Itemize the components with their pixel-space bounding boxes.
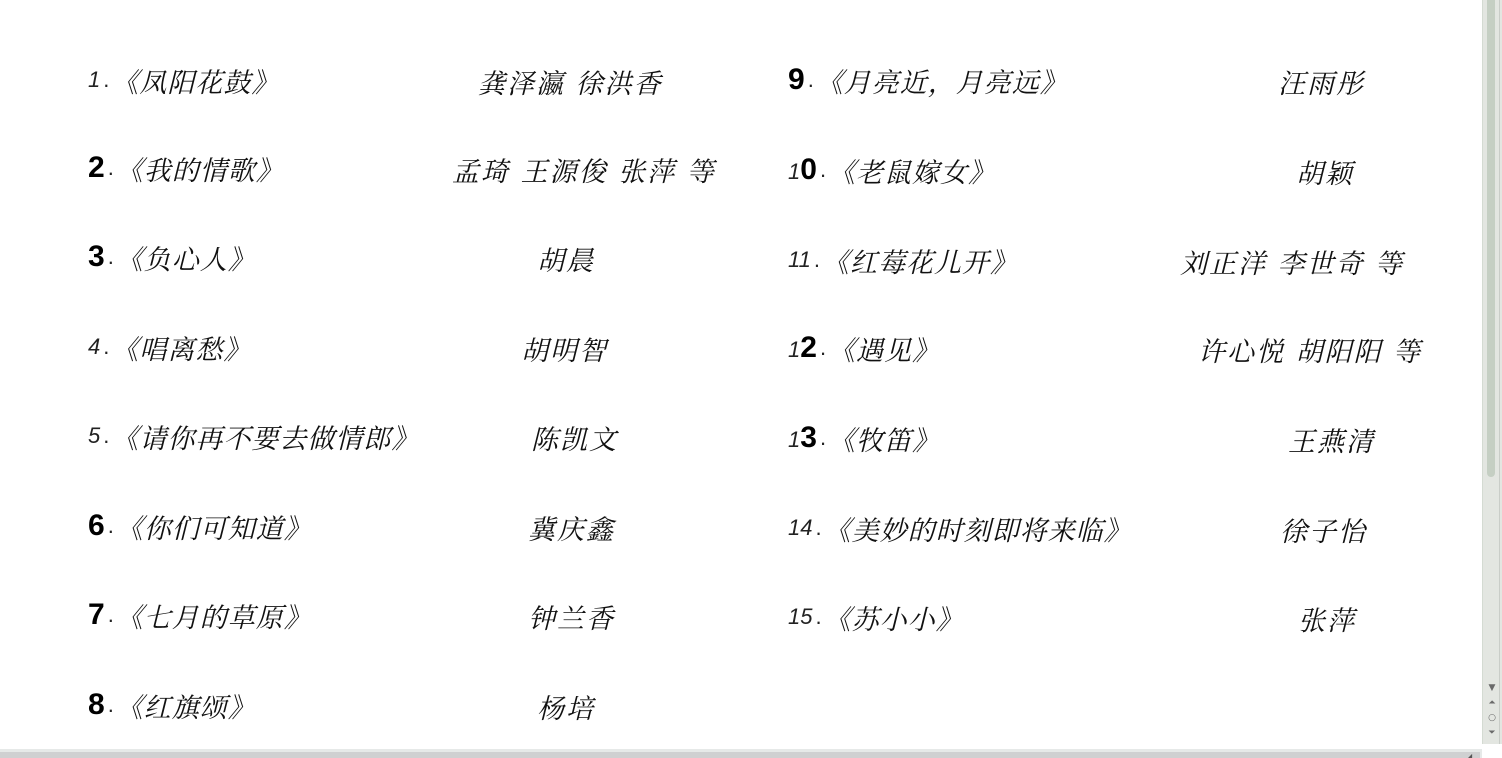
program-item: 11.《红莓花儿开》 (788, 240, 1018, 280)
performer-names: 胡颖 (1296, 152, 1354, 191)
performer-names: 钟兰香 (528, 597, 615, 636)
item-number-digit: 1 (88, 67, 100, 93)
song-title: 《苏小小》 (824, 598, 964, 637)
item-number-digit: 5 (88, 423, 100, 449)
item-number: 5 (88, 423, 100, 449)
previous-page-icon[interactable]: ⏶ (1486, 697, 1498, 709)
program-item: 9.《月亮近，月亮远》 (788, 60, 1068, 100)
number-separator: . (808, 67, 814, 93)
item-number-digit: 9 (788, 63, 805, 97)
item-number-digit: 11 (788, 247, 811, 273)
song-title: 《我的情歌》 (116, 149, 284, 188)
number-separator: . (108, 244, 114, 270)
item-number: 4 (88, 334, 100, 360)
scroll-down-arrow-icon[interactable]: ▼ (1486, 682, 1498, 694)
song-title: 《老鼠嫁女》 (828, 151, 996, 190)
song-title: 《负心人》 (116, 238, 256, 277)
song-title: 《美妙的时刻即将来临》 (824, 509, 1132, 548)
item-number: 11 (788, 247, 811, 273)
item-number: 3 (88, 240, 105, 274)
performer-names: 龚泽瀛 徐洪香 (478, 62, 663, 101)
item-number: 7 (88, 598, 105, 632)
number-separator: . (103, 67, 109, 93)
number-separator: . (108, 155, 114, 181)
number-separator: . (820, 425, 826, 451)
song-title: 《七月的草原》 (116, 596, 312, 635)
program-item: 15.《苏小小》 (788, 597, 964, 637)
performer-names: 胡晨 (537, 239, 595, 278)
performer-names: 刘正洋 李世奇 等 (1180, 242, 1404, 281)
song-title: 《唱离愁》 (111, 328, 251, 367)
song-title: 《红旗颂》 (116, 686, 256, 725)
scrollbar-rail (1499, 0, 1500, 744)
item-number: 2 (88, 151, 105, 185)
program-item: 2.《我的情歌》 (88, 148, 284, 188)
performer-names: 冀庆鑫 (528, 508, 615, 547)
item-number-digit: 15 (788, 604, 812, 630)
song-title: 《牧笛》 (828, 419, 940, 458)
horizontal-scrollbar-thumb[interactable] (0, 752, 1480, 758)
item-number-digit: 3 (88, 240, 105, 274)
number-separator: . (820, 335, 826, 361)
song-title: 《月亮近，月亮远》 (816, 61, 1068, 100)
item-number: 9 (788, 63, 805, 97)
item-number: 8 (88, 688, 105, 722)
item-number-digit: 2 (800, 331, 817, 365)
number-separator: . (815, 604, 821, 630)
program-item: 8.《红旗颂》 (88, 685, 256, 725)
song-title: 《你们可知道》 (116, 507, 312, 546)
vertical-scrollbar-thumb[interactable] (1487, 0, 1495, 477)
performer-names: 胡明智 (521, 329, 608, 368)
item-number-digit: 8 (88, 688, 105, 722)
number-separator: . (820, 157, 826, 183)
program-item: 4.《唱离愁》 (88, 327, 251, 367)
item-number-digit: 1 (788, 159, 800, 185)
program-item: 7.《七月的草原》 (88, 595, 312, 635)
performer-names: 徐子怡 (1280, 510, 1367, 549)
program-item: 14.《美妙的时刻即将来临》 (788, 508, 1132, 548)
item-number: 13 (788, 421, 817, 455)
select-browse-object-icon[interactable]: ○ (1486, 712, 1498, 724)
number-separator: . (815, 515, 821, 541)
number-separator: . (814, 247, 820, 273)
performer-names: 孟琦 王源俊 张萍 等 (452, 150, 716, 189)
performer-names: 许心悦 胡阳阳 等 (1198, 330, 1422, 369)
document-page: 1.《凤阳花鼓》龚泽瀛 徐洪香2.《我的情歌》孟琦 王源俊 张萍 等3.《负心人… (0, 0, 1482, 744)
item-number: 15 (788, 604, 812, 630)
performer-names: 张萍 (1298, 599, 1356, 638)
item-number: 10 (788, 153, 817, 187)
resize-corner-icon: ◢ (1466, 752, 1472, 758)
horizontal-scrollbar[interactable] (0, 749, 1482, 758)
performer-names: 汪雨彤 (1278, 62, 1365, 101)
item-number: 14 (788, 515, 812, 541)
item-number-digit: 3 (800, 421, 817, 455)
number-separator: . (103, 334, 109, 360)
number-separator: . (108, 602, 114, 628)
item-number-digit: 14 (788, 515, 812, 541)
item-number-digit: 4 (88, 334, 100, 360)
program-item: 1.《凤阳花鼓》 (88, 60, 279, 100)
number-separator: . (103, 423, 109, 449)
performer-names: 杨培 (537, 687, 595, 726)
item-number: 12 (788, 331, 817, 365)
program-item: 3.《负心人》 (88, 237, 256, 277)
program-item: 10.《老鼠嫁女》 (788, 150, 996, 190)
item-number-digit: 0 (800, 153, 817, 187)
item-number-digit: 1 (788, 337, 800, 363)
item-number-digit: 7 (88, 598, 105, 632)
number-separator: . (108, 692, 114, 718)
item-number-digit: 1 (788, 427, 800, 453)
program-item: 12.《遇见》 (788, 328, 940, 368)
program-item: 5.《请你再不要去做情郎》 (88, 416, 419, 456)
item-number: 1 (88, 67, 100, 93)
vertical-scrollbar[interactable]: ▼ ⏶ ○ ⏷ (1482, 0, 1502, 744)
performer-names: 王燕清 (1288, 420, 1375, 459)
next-page-icon[interactable]: ⏷ (1486, 727, 1498, 739)
song-title: 《请你再不要去做情郎》 (111, 417, 419, 456)
item-number: 6 (88, 509, 105, 543)
performer-names: 陈凯文 (531, 418, 618, 457)
item-number-digit: 6 (88, 509, 105, 543)
number-separator: . (108, 513, 114, 539)
song-title: 《红莓花儿开》 (822, 241, 1018, 280)
song-title: 《遇见》 (828, 329, 940, 368)
program-item: 13.《牧笛》 (788, 418, 940, 458)
song-title: 《凤阳花鼓》 (111, 61, 279, 100)
program-item: 6.《你们可知道》 (88, 506, 312, 546)
item-number-digit: 2 (88, 151, 105, 185)
